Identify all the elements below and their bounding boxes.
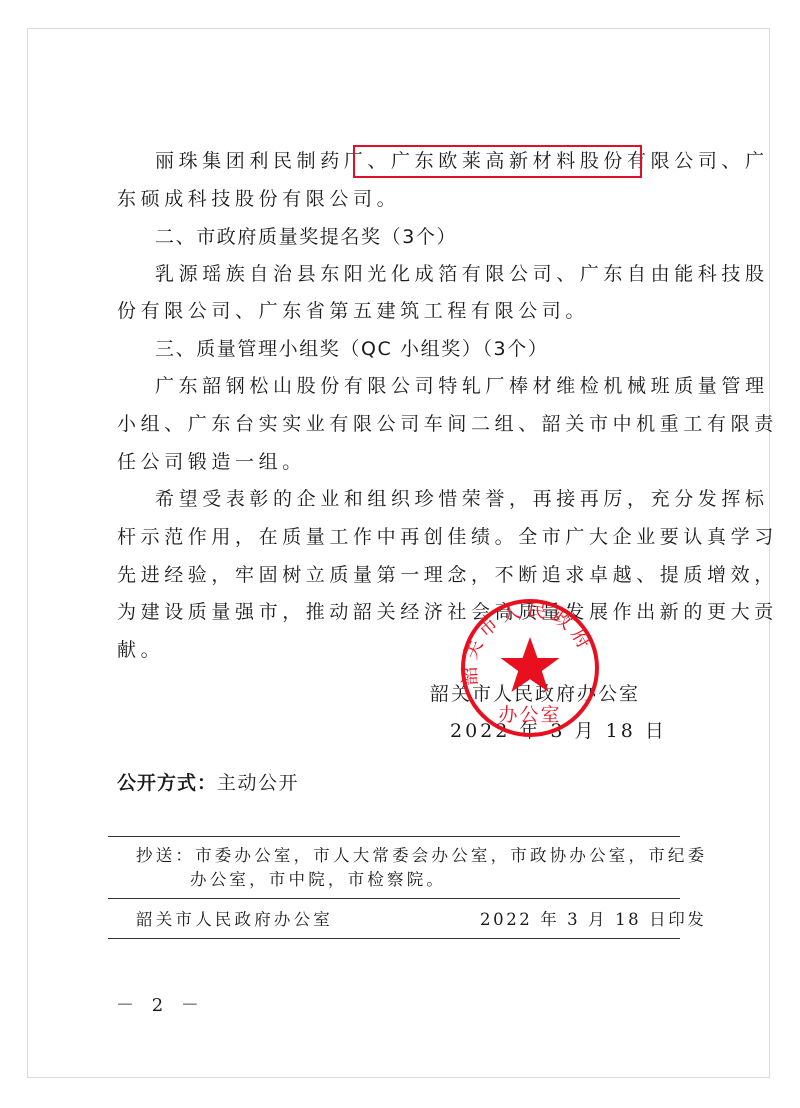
- paragraph-1-line-2: 东硕成科技股份有限公司。: [117, 190, 400, 209]
- paragraph-3-line-1: 广东韶钢松山股份有限公司特轧厂棒材维检机械班质量管理: [155, 377, 769, 396]
- paragraph-4-line-2: 杆示范作用，在质量工作中再创佳绩。全市广大企业要认真学习: [117, 528, 778, 547]
- highlight-box: [353, 145, 642, 178]
- paragraph-4-line-4: 为建设质量强市，推动韶关经济社会高质量发展作出新的更大贡: [117, 603, 778, 622]
- section-heading-2: 二、市政府质量奖提名奖（3个）: [155, 228, 457, 247]
- cc-recipients-1: 市委办公室，市人大常委会办公室，市政协办公室，市纪委: [195, 846, 707, 865]
- signature-date: 2022 年 3 月 18 日: [450, 722, 667, 741]
- cc-top-rule: [108, 836, 680, 837]
- award-list-suffix: 、广: [721, 150, 768, 172]
- signature-org: 韶关市人民政府办公室: [430, 685, 640, 704]
- paragraph-2-line-2: 份有限公司、广东省第五建筑工程有限公司。: [117, 302, 589, 321]
- paragraph-4-line-5: 献。: [117, 641, 164, 660]
- publicity-label: 公开方式：: [117, 772, 217, 794]
- cc-label: 抄送：: [136, 846, 195, 865]
- cc-line-2: 办公室，市中院，市检察院。: [190, 872, 446, 889]
- footer-issue-date: 2022 年 3 月 18 日印发: [480, 912, 706, 929]
- section-heading-3: 三、质量管理小组奖（QC 小组奖）（3个）: [155, 340, 548, 359]
- publicity-value: 主动公开: [217, 772, 299, 794]
- paragraph-2-line-1: 乳源瑶族自治县东阳光化成箔有限公司、广东自由能科技股: [155, 265, 769, 284]
- paragraph-4-line-3: 先进经验，牢固树立质量第一理念，不断追求卓越、提质增效，: [117, 566, 778, 585]
- footer-bottom-rule: [108, 938, 680, 939]
- paragraph-3-line-2: 小组、广东台实实业有限公司车间二组、韶关市中机重工有限责: [117, 415, 778, 434]
- paragraph-4-line-1: 希望受表彰的企业和组织珍惜荣誉，再接再厉，充分发挥标: [155, 490, 769, 509]
- cc-bottom-rule: [108, 898, 680, 899]
- footer-issuer: 韶关市人民政府办公室: [136, 912, 333, 929]
- paragraph-3-line-3: 任公司锻造一组。: [117, 453, 306, 472]
- page-number: － 2 －: [116, 991, 205, 1017]
- cc-line-1: 抄送：市委办公室，市人大常委会办公室，市政协办公室，市纪委: [136, 848, 707, 865]
- publicity-line: 公开方式：主动公开: [117, 774, 299, 793]
